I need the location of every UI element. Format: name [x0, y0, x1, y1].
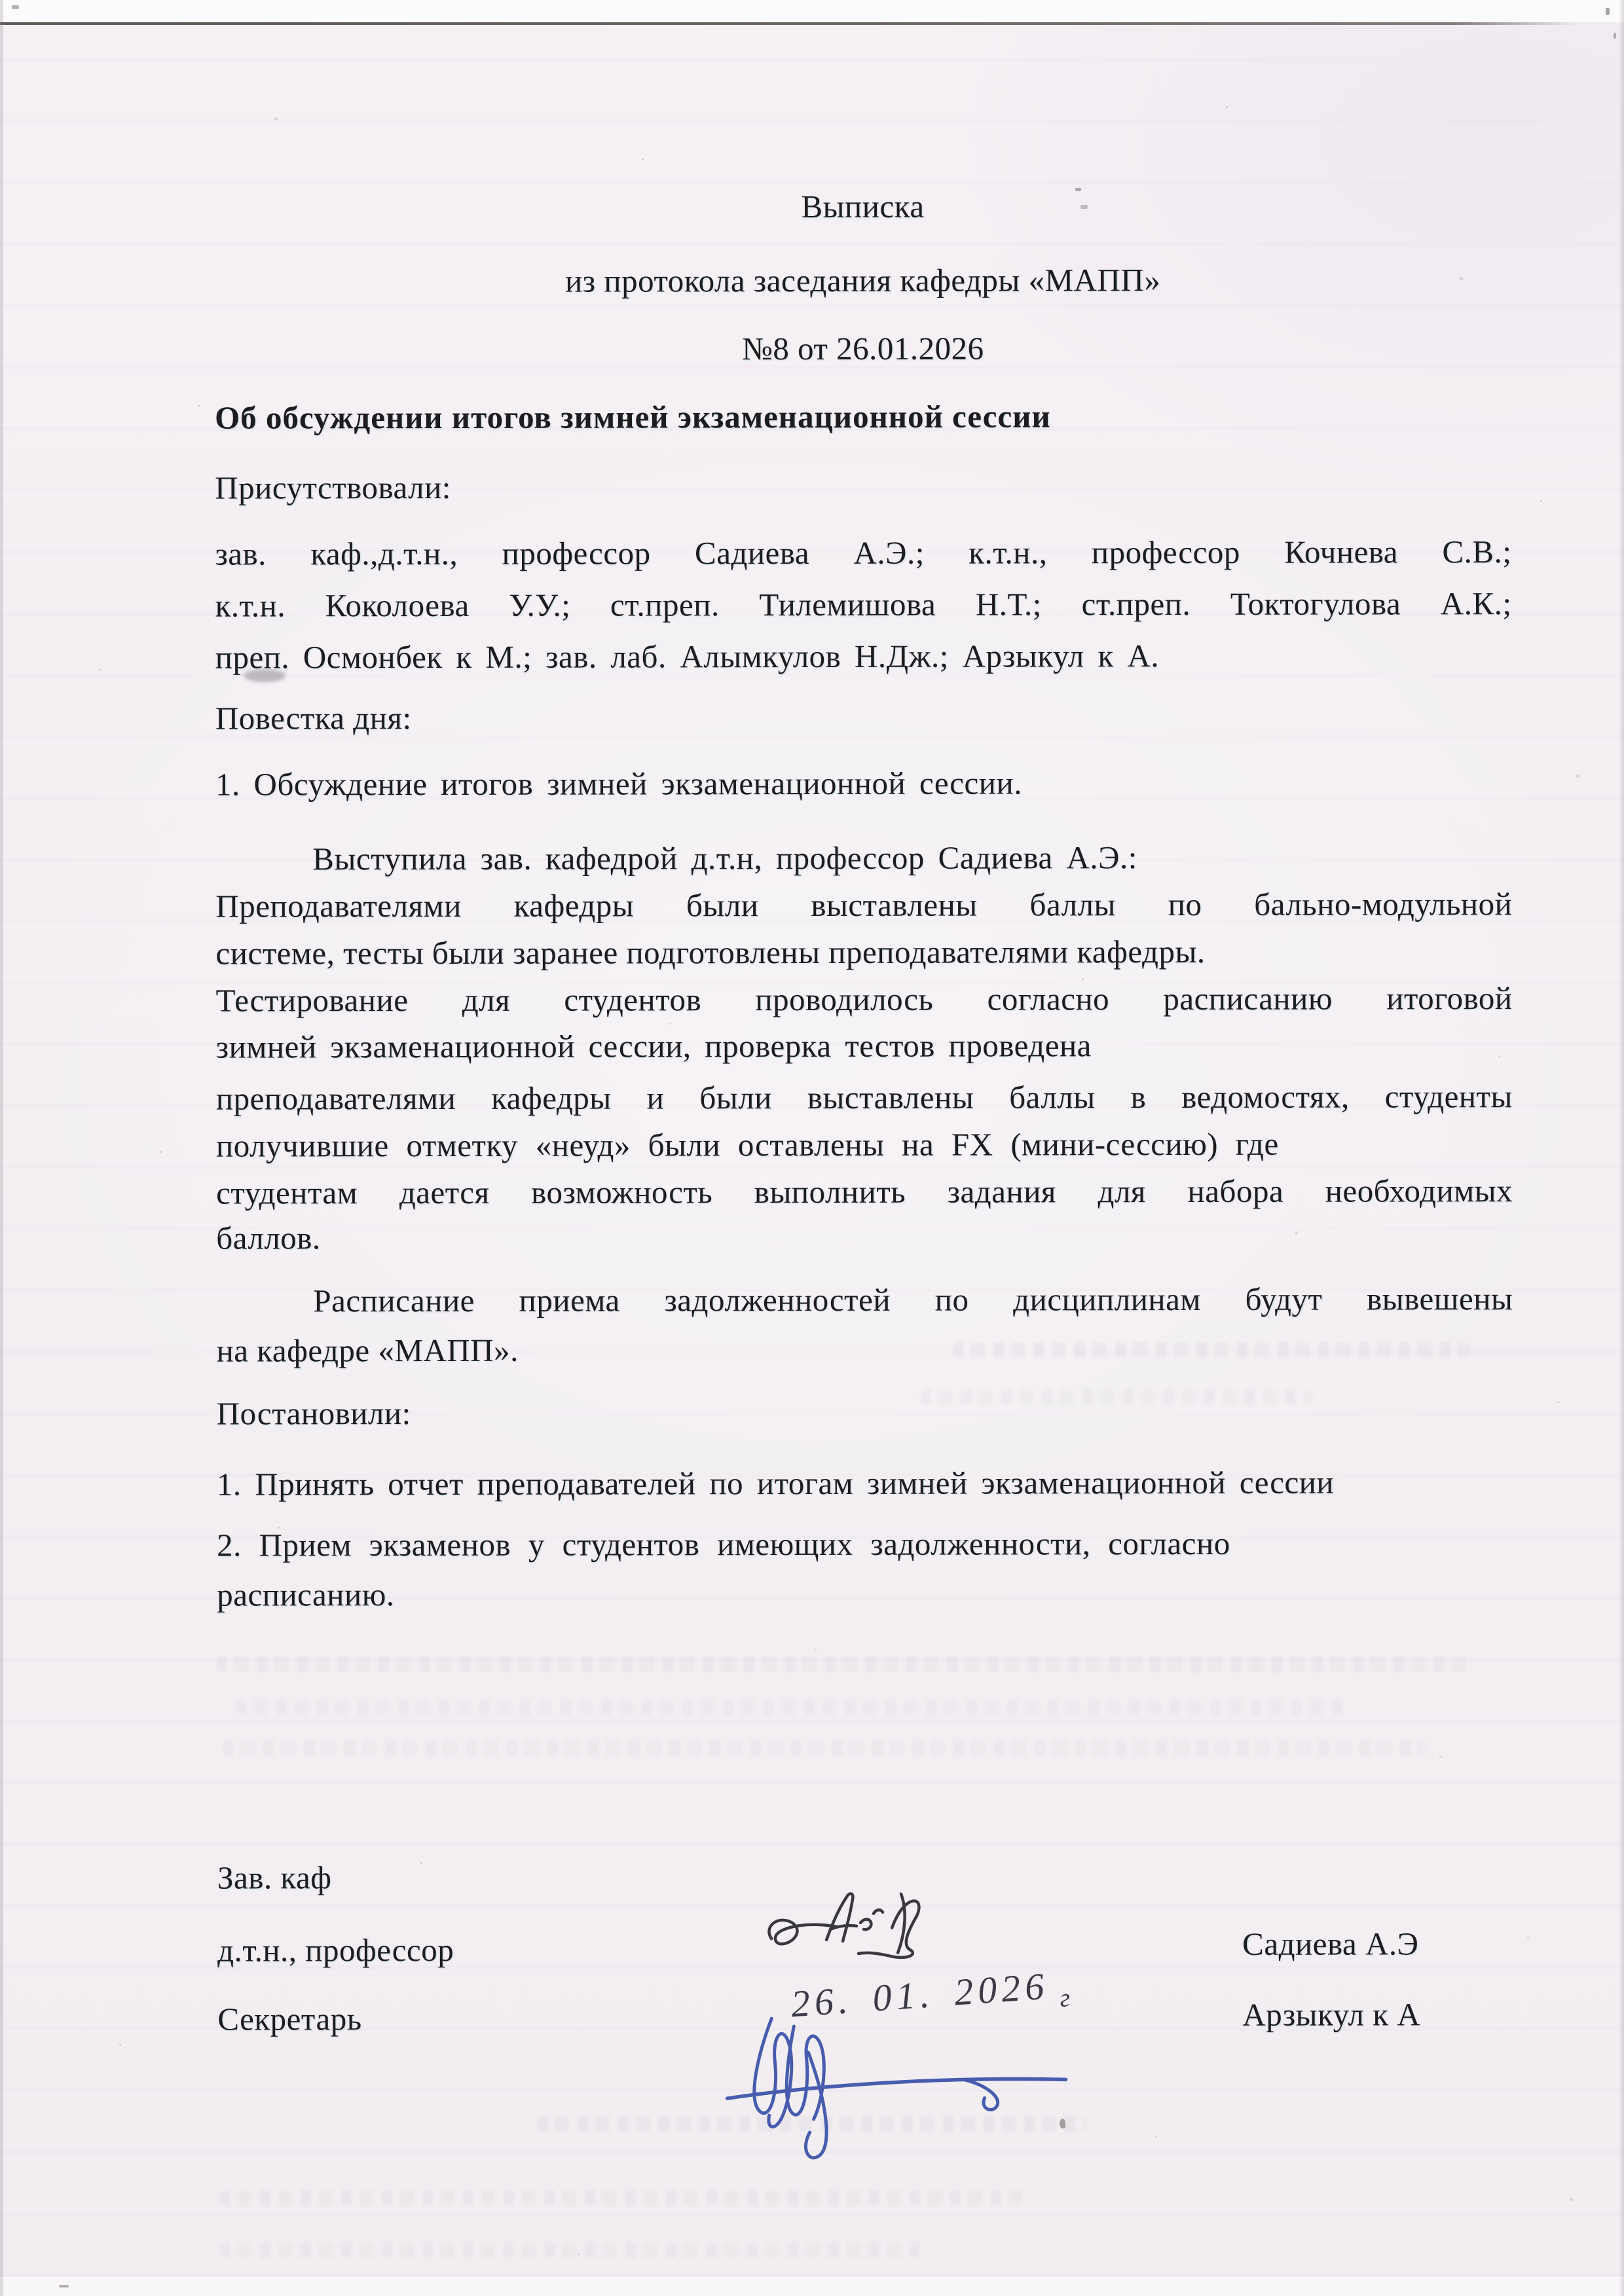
document-content: Выписка из протокола заседания кафедры «…	[0, 0, 1624, 2296]
head-signature-image	[761, 1889, 964, 1975]
resolved-label: Постановили:	[217, 1392, 1513, 1433]
document-number: №8 от 26.01.2026	[215, 328, 1511, 369]
speech-line: Выступила зав. кафедрой д.т.н, профессор…	[215, 837, 1512, 879]
speech-line: Преподавателями кафедры были выставлены …	[215, 884, 1512, 926]
agenda-item: 1. Обсуждение итогов зимней экзаменацион…	[215, 763, 1512, 804]
attendees-line: преп. Осмонбек к М.; зав. лаб. Алымкулов…	[215, 636, 1512, 677]
speech-line: преподавателями кафедры и были выставлен…	[216, 1077, 1513, 1118]
resolution-line: 2. Прием экзаменов у студентов имеющих з…	[217, 1523, 1513, 1565]
document-subtitle: из протокола заседания кафедры «МАПП»	[215, 260, 1511, 301]
scanned-document-page: Выписка из протокола заседания кафедры «…	[0, 0, 1624, 2296]
speech-line: баллов.	[216, 1216, 1513, 1258]
schedule-line: Расписание приема задолженностей по дисц…	[216, 1279, 1513, 1321]
attendees-line: к.т.н. Коколоева У.У.; ст.преп. Тилемишо…	[215, 584, 1512, 625]
resolution-line: 1. Принять отчет преподавателей по итога…	[217, 1463, 1513, 1504]
speech-line: получившие отметку «неуд» были оставлены…	[216, 1124, 1513, 1165]
schedule-line: на кафедре «МАПП».	[216, 1329, 1513, 1370]
subject-heading: Об обсуждении итогов зимней экзаменацион…	[215, 396, 1511, 437]
speech-line: студентам дается возможность выполнить з…	[216, 1171, 1513, 1212]
head-name: Садиева А.Э	[1242, 1924, 1583, 1964]
speech-line: системе, тесты были заранее подготовлены…	[215, 932, 1512, 973]
secretary-name: Арзыкул к А	[1242, 1995, 1583, 2035]
document-title: Выписка	[214, 186, 1511, 227]
resolution-line: расписанию.	[217, 1573, 1513, 1614]
attendees-line: зав. каф.,д.т.н., профессор Садиева А.Э.…	[215, 532, 1511, 574]
secretary-signature-image	[709, 1999, 1088, 2164]
speech-line: Тестирование для студентов проводилось с…	[216, 979, 1513, 1020]
present-label: Присутствовали:	[215, 466, 1511, 507]
speech-line: зимней экзаменационной сессии, проверка …	[216, 1025, 1513, 1066]
agenda-label: Повестка дня:	[215, 697, 1512, 738]
